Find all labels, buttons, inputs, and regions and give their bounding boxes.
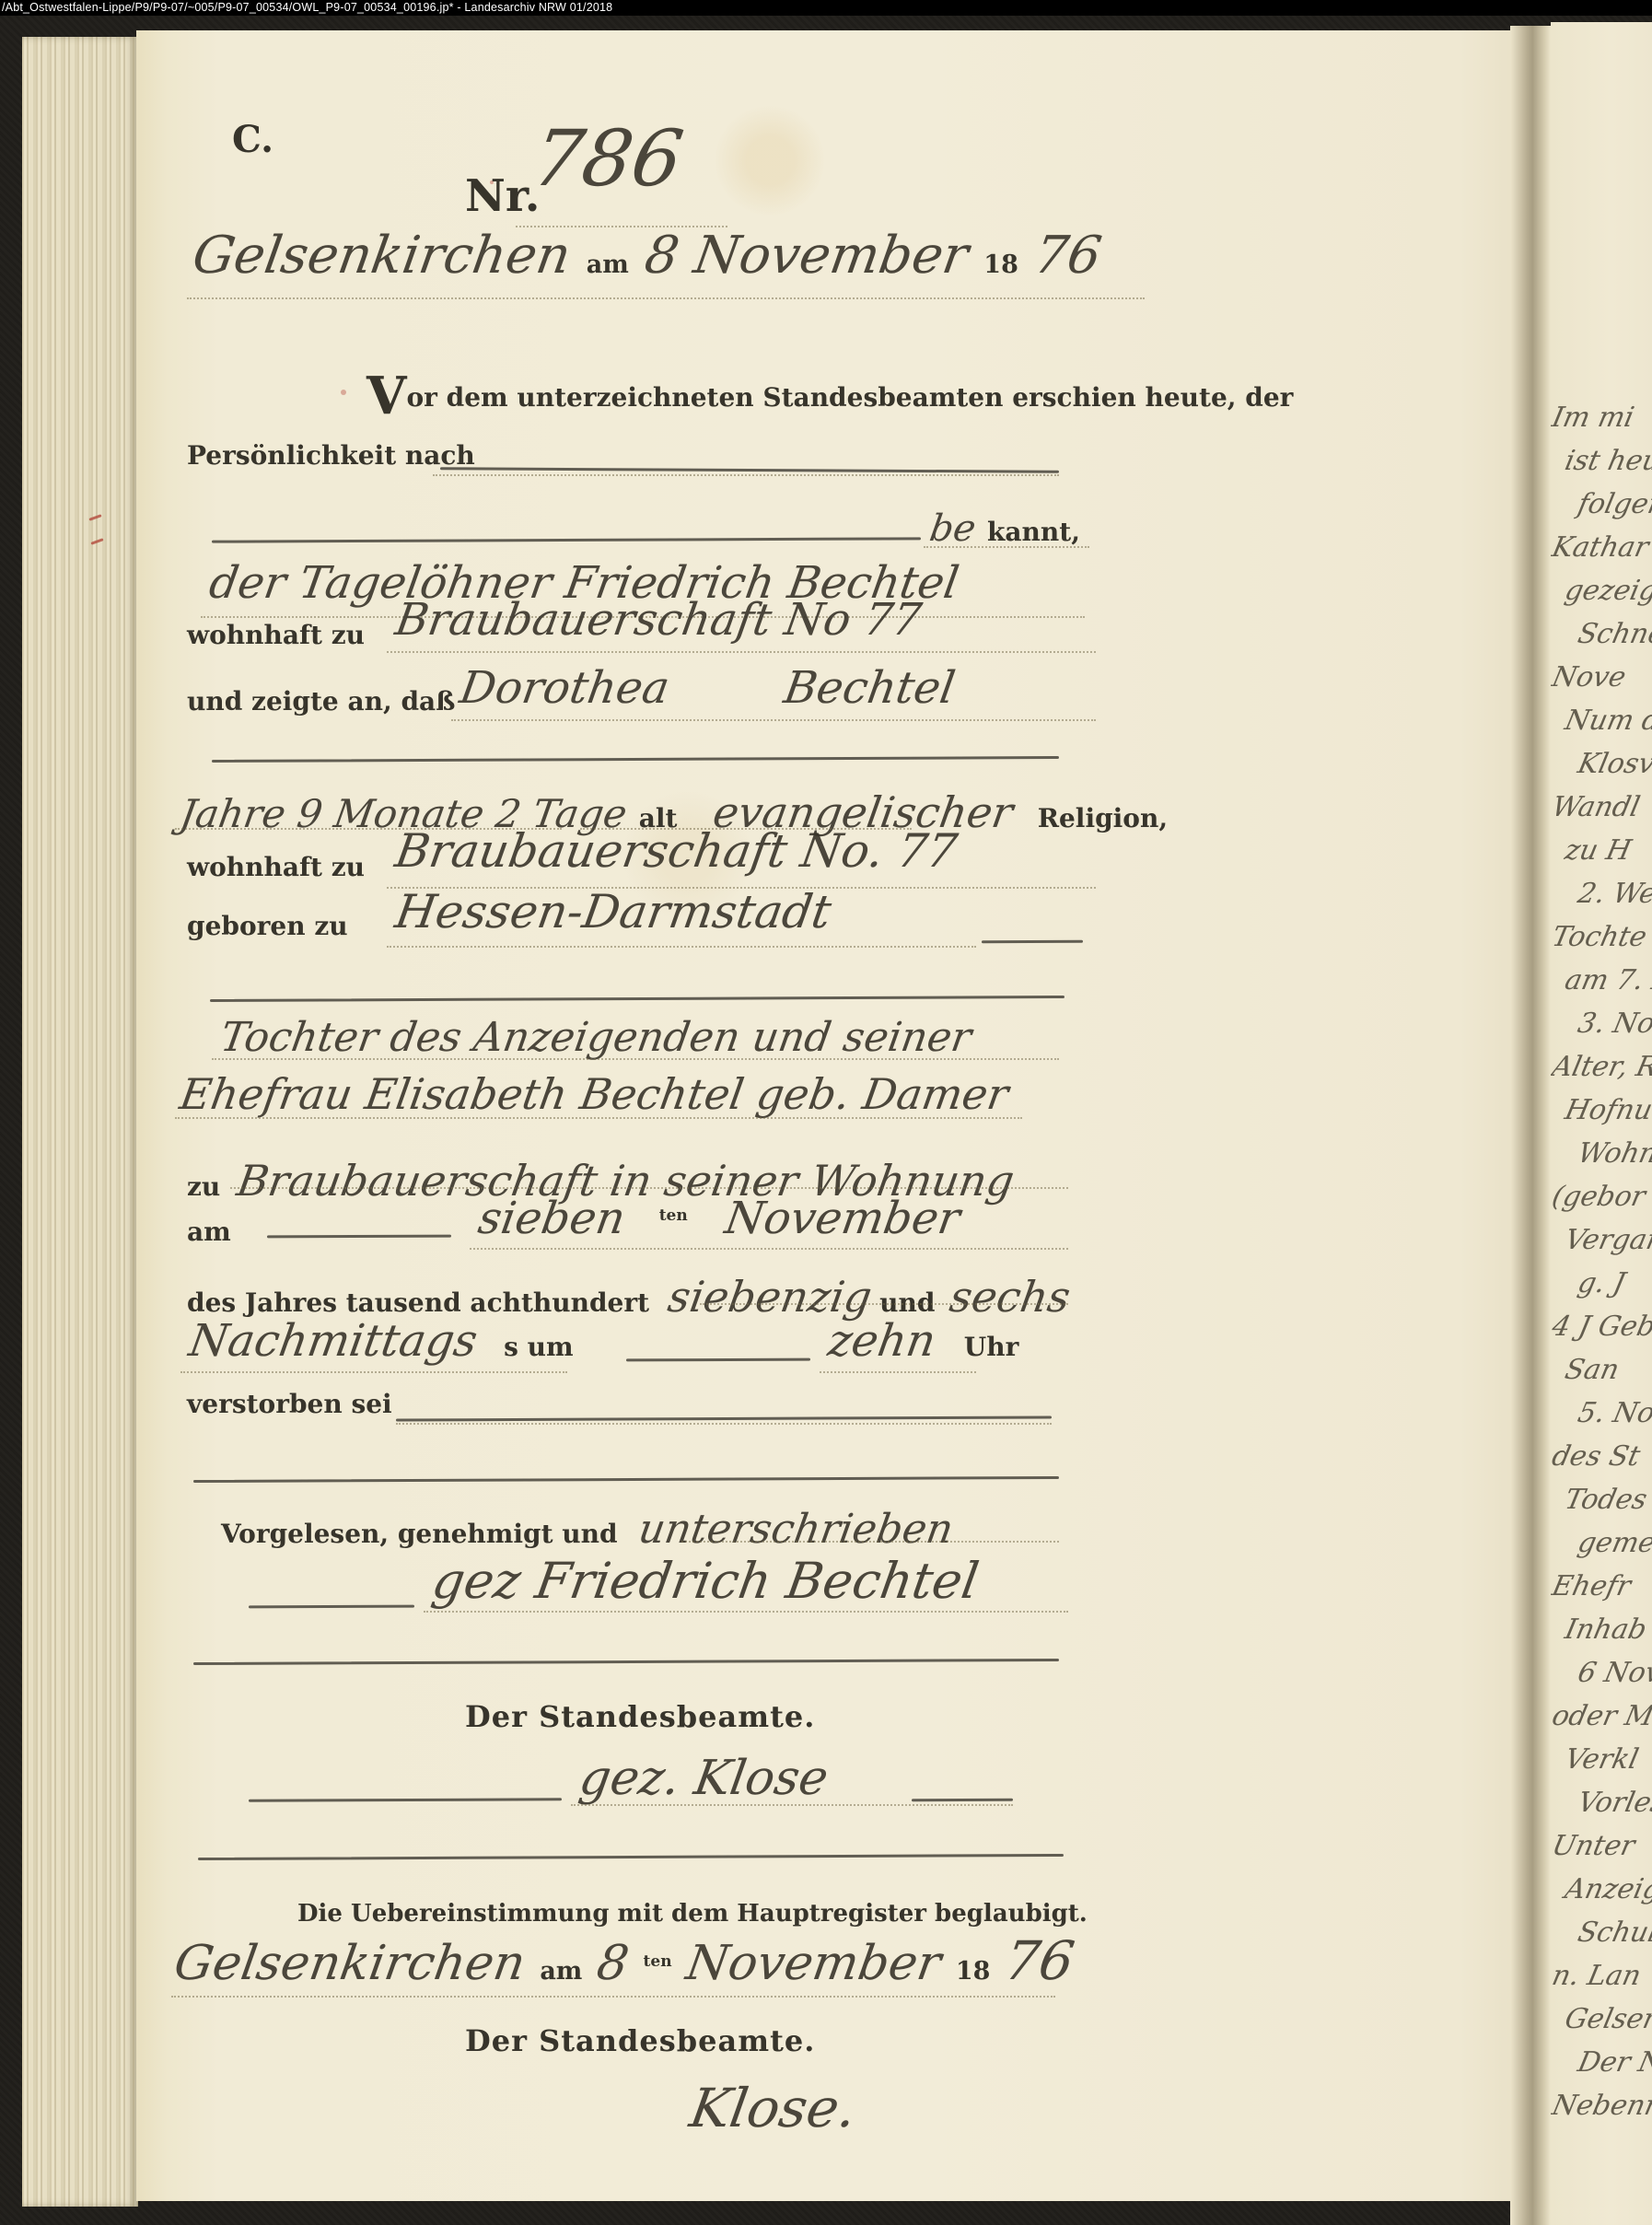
cert-place-hw: Gelsenkirchen <box>170 1936 529 1991</box>
death-day-row: am <box>187 1217 231 1247</box>
adjacent-page-handwriting-fragment: folgend <box>1575 488 1652 520</box>
year-hw: 76 <box>1030 226 1106 285</box>
parents-line1-hw: Tochter des Anzeigenden und seiner <box>217 1014 974 1061</box>
baseline <box>187 297 1145 299</box>
baseline <box>212 1058 1059 1060</box>
adjacent-page-handwriting-fragment: Tochte <box>1551 921 1649 953</box>
baseline <box>396 1423 1052 1425</box>
adjacent-page-handwriting-fragment: Anzeig <box>1562 1873 1652 1905</box>
verstorben-row: verstorben sei <box>187 1389 392 1419</box>
registrar-heading: Der Standesbeamte. <box>465 1699 815 1734</box>
cert-day-hw: 8 <box>593 1936 633 1991</box>
deceased-surname-hw: Bechtel <box>780 662 958 714</box>
registrar-signature-hw: gez. Klose <box>576 1751 832 1806</box>
final-signature-row: Klose. <box>691 2077 855 2139</box>
adjacent-page-handwriting-fragment: Inhab <box>1562 1613 1649 1646</box>
book-fore-edge <box>22 37 138 2207</box>
day-month-hw: 8 November <box>641 226 972 285</box>
death-day-hw: sieben <box>475 1193 629 1244</box>
residence2-hw: Braubauerschaft No. 77 <box>391 824 960 878</box>
intro-initial: V <box>366 366 406 426</box>
baseline <box>230 1187 1068 1189</box>
daytime-hw: Nachmittags <box>186 1315 482 1367</box>
adjacent-page-handwriting-fragment: 6 Nov <box>1575 1657 1652 1689</box>
ink-stroke <box>249 1605 414 1609</box>
ink-stroke <box>396 1415 1052 1421</box>
adjacent-page-handwriting-fragment: Todes <box>1562 1484 1650 1516</box>
paper-speck <box>341 390 346 395</box>
certification-row: Die Uebereinstimmung mit dem Hauptregist… <box>297 1900 1088 1928</box>
cert-am-printed: am <box>540 1957 582 1986</box>
certification-text: Die Uebereinstimmung mit dem Hauptregist… <box>297 1900 1088 1928</box>
registrar-heading2: Der Standesbeamte. <box>465 2023 815 2058</box>
s-um-printed: s um <box>504 1332 574 1362</box>
section-letter: C. <box>232 118 273 161</box>
adjacent-page-handwriting-fragment: Unter <box>1551 1830 1637 1862</box>
bekannt-hw: be <box>926 507 979 550</box>
place-hw: Gelsenkirchen <box>189 226 575 285</box>
ink-stroke <box>210 996 1064 1002</box>
identity-row: Persönlichkeit nach <box>187 440 475 471</box>
adjacent-page-handwriting-fragment: Wohnu <box>1575 1137 1652 1170</box>
place-date-line: Gelsenkirchen am 8 November 18 76 <box>193 226 1100 285</box>
hour-hw: zehn <box>825 1315 939 1367</box>
uhr-printed: Uhr <box>964 1332 1019 1362</box>
adjacent-page-handwriting-fragment: Ehefr <box>1551 1570 1634 1602</box>
viewer-screen: { "window": { "title": "/Abt_Ostwestfale… <box>0 0 1652 2225</box>
bekannt-printed: kannt, <box>987 517 1080 547</box>
adjacent-page: Im miist heutfolgendKathargezeigSchneNov… <box>1551 22 1652 2225</box>
parents-line1-row: Tochter des Anzeigenden und seiner <box>221 1014 971 1061</box>
adjacent-page-handwriting-fragment: San <box>1562 1354 1622 1386</box>
ink-stroke <box>440 467 1059 473</box>
residence1-label: wohnhaft zu <box>187 620 365 650</box>
residence2-label: wohnhaft zu <box>187 852 365 882</box>
adjacent-page-handwriting-fragment: 4 J Geb <box>1551 1311 1652 1343</box>
adjacent-page-handwriting-fragment: am 7. M <box>1562 964 1652 996</box>
verstorben-label: verstorben sei <box>187 1389 392 1419</box>
death-year-row: des Jahres tausend achthundert siebenzig… <box>187 1272 1070 1322</box>
adjacent-page-handwriting-fragment: zu H <box>1562 834 1634 867</box>
ink-stroke <box>249 1798 562 1801</box>
declarant-signature-hw: gez Friedrich Bechtel <box>428 1552 983 1610</box>
adjacent-page-handwriting-fragment: Verkl <box>1562 1743 1641 1776</box>
closing-printed: Vorgelesen, genehmigt und <box>221 1519 618 1549</box>
baseline <box>571 1804 1013 1806</box>
adjacent-page-handwriting-fragment: ist heut <box>1562 445 1652 477</box>
baseline <box>924 546 1089 548</box>
religion-printed: Religion, <box>1038 803 1168 833</box>
adjacent-page-handwriting-fragment: Vorles <box>1575 1787 1652 1819</box>
adjacent-page-handwriting-fragment: Schne <box>1575 618 1652 650</box>
declarant-signature-row: gez Friedrich Bechtel <box>433 1552 978 1610</box>
baseline <box>451 719 1096 721</box>
registrar-heading2-row: Der Standesbeamte. <box>465 2023 815 2058</box>
parents-line2-row: Ehefrau Elisabeth Bechtel geb. Damer <box>180 1069 1008 1119</box>
adjacent-page-handwriting-fragment: des St <box>1551 1440 1643 1473</box>
ink-stroke <box>193 1659 1059 1665</box>
ink-stroke <box>267 1235 451 1239</box>
adjacent-page-handwriting-fragment: Gelsen <box>1562 2003 1652 2035</box>
intro-text: or dem unterzeichneten Standesbeamten er… <box>406 382 1293 413</box>
register-page: C. Nr. 786 Gelsenkirchen am 8 November 1… <box>136 30 1514 2201</box>
adjacent-page-handwriting-fragment: Der Nam <box>1575 2046 1652 2079</box>
death-time-row: Nachmittags s um <box>190 1315 574 1367</box>
cert-century-printed: 18 <box>956 1957 991 1986</box>
adjacent-page-handwriting-fragment: n. Lan <box>1551 1960 1644 1992</box>
deceased-firstname-hw: Dorothea <box>457 662 673 714</box>
adjacent-page-handwriting-fragment: Schulz <box>1575 1916 1652 1949</box>
closing-row: Vorgelesen, genehmigt und unterschrieben <box>221 1506 952 1553</box>
ink-stroke <box>198 1854 1064 1860</box>
residence1-value-row: Braubauerschaft No 77 <box>396 594 921 646</box>
birthplace-hw: Hessen-Darmstadt <box>391 885 834 938</box>
adjacent-page-handwriting-fragment: Im mi <box>1551 402 1637 434</box>
nr-value-hw: 786 <box>527 113 689 204</box>
baseline <box>470 1248 1068 1250</box>
section-letter-text: C. <box>232 118 273 161</box>
birthplace-label-row: geboren zu <box>187 911 348 941</box>
year-printed: des Jahres tausend achthundert <box>187 1287 649 1318</box>
baseline <box>820 1371 976 1373</box>
record-number-value: 786 <box>534 113 681 204</box>
residence1-label-row: wohnhaft zu <box>187 620 365 650</box>
adjacent-page-handwriting-fragment: Hofnum <box>1562 1094 1652 1126</box>
residence1-hw: Braubauerschaft No 77 <box>392 594 925 646</box>
ink-stroke <box>626 1358 810 1362</box>
baseline <box>700 1303 1068 1305</box>
adjacent-page-handwriting-fragment: Alter, R <box>1551 1051 1652 1083</box>
baseline <box>171 1996 1055 1998</box>
adjacent-page-handwriting-fragment: Klosvo <box>1575 748 1652 780</box>
adjacent-page-handwriting-fragment: gezeig <box>1562 575 1652 607</box>
registrar-heading-row: Der Standesbeamte. <box>465 1699 815 1734</box>
adjacent-page-handwriting-fragment: Kathar <box>1551 531 1652 564</box>
parents-line2-hw: Ehefrau Elisabeth Bechtel geb. Damer <box>177 1069 1012 1119</box>
adjacent-page-handwriting-fragment: Vergan <box>1562 1224 1652 1256</box>
adjacent-page-handwriting-fragment: oder M <box>1551 1700 1652 1732</box>
am-printed: am <box>187 1217 231 1247</box>
ink-stroke <box>212 756 1059 763</box>
report-label-row: und zeigte an, daß <box>187 686 455 716</box>
baseline <box>681 1541 1059 1543</box>
adjacent-page-handwriting-fragment: 5. No <box>1575 1397 1652 1429</box>
adjacent-page-handwriting-fragment: (gebor <box>1551 1181 1648 1213</box>
ink-stroke <box>212 537 921 542</box>
book-gutter <box>1510 26 1551 2225</box>
adjacent-page-handwriting-fragment: 3. Nov <box>1575 1008 1652 1040</box>
certification-date-row: Gelsenkirchen am 8 ten November 18 76 <box>175 1929 1074 1992</box>
residence2-label-row: wohnhaft zu <box>187 852 365 882</box>
baseline <box>387 946 976 948</box>
ten-printed: ten <box>659 1206 688 1225</box>
birthplace-value-row: Hessen-Darmstadt <box>396 885 831 938</box>
am-printed: am <box>587 250 629 279</box>
year-unit-hw: sechs <box>947 1272 1074 1322</box>
cert-year-hw: 76 <box>1001 1929 1079 1992</box>
adjacent-page-handwriting-fragment: Nove <box>1551 661 1629 693</box>
death-hour-row: zehn Uhr <box>829 1315 1018 1367</box>
zu-printed: zu <box>187 1171 220 1202</box>
bekannt-row: be kannt, <box>930 507 1080 550</box>
adjacent-page-handwriting-fragment: 2. Weg <box>1575 878 1652 910</box>
adjacent-page-handwriting-fragment: gemel <box>1575 1527 1652 1559</box>
window-title: /Abt_Ostwestfalen-Lippe/P9/P9-07/~005/P9… <box>0 0 1652 16</box>
baseline <box>433 474 1059 476</box>
adjacent-page-handwriting-fragment: Nebenr <box>1551 2090 1652 2122</box>
death-month-hw: November <box>722 1193 964 1244</box>
report-name-row: Dorothea Bechtel <box>460 662 954 714</box>
adjacent-page-handwriting-fragment: g. J <box>1575 1267 1628 1299</box>
registrar-signature-row: gez. Klose <box>580 1751 828 1806</box>
baseline <box>180 1371 567 1373</box>
ink-stroke <box>982 940 1083 943</box>
death-day-value-row: sieben ten November <box>479 1193 960 1244</box>
baseline <box>424 1611 1068 1613</box>
identity-label: Persönlichkeit nach <box>187 440 475 471</box>
residence2-value-row: Braubauerschaft No. 77 <box>396 824 957 878</box>
year-decade-hw: siebenzig <box>665 1272 876 1322</box>
ink-stroke <box>193 1476 1059 1483</box>
cert-ten-printed: ten <box>644 1952 672 1971</box>
adjacent-page-handwriting-fragment: Num d <box>1562 705 1652 737</box>
final-signature-hw: Klose. <box>686 2077 861 2139</box>
cert-month-hw: November <box>682 1936 945 1991</box>
closing-hw: unterschrieben <box>634 1506 956 1553</box>
report-label: und zeigte an, daß <box>187 686 455 716</box>
ink-stroke <box>912 1799 1013 1801</box>
intro-line: Vor dem unterzeichneten Standesbeamten e… <box>366 382 1293 413</box>
adjacent-page-handwriting-fragment: Wandl <box>1551 791 1643 823</box>
century-printed: 18 <box>983 250 1018 279</box>
birthplace-label: geboren zu <box>187 911 348 941</box>
baseline <box>175 1117 1022 1119</box>
baseline <box>387 651 1096 653</box>
